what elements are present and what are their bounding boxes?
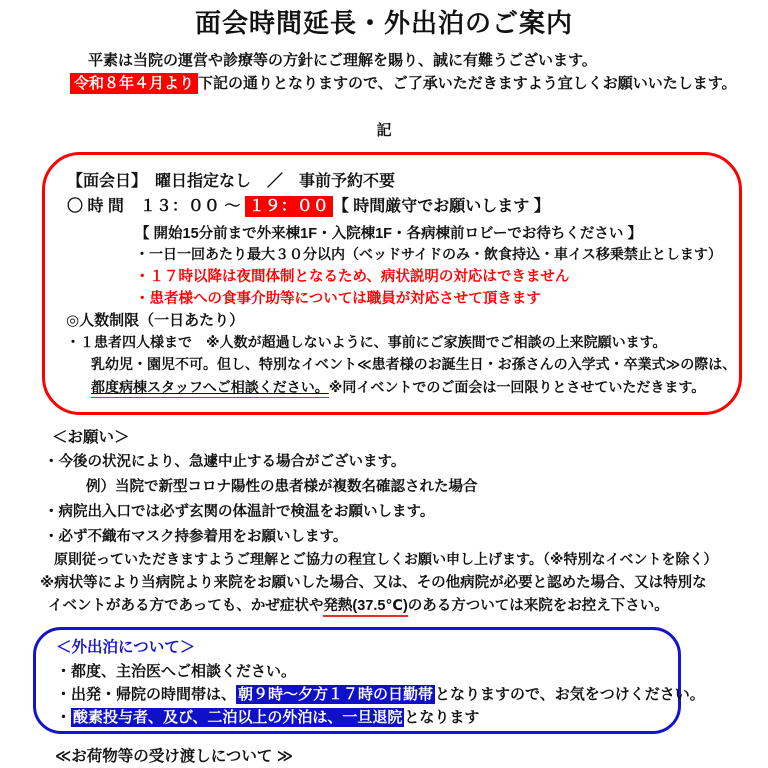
headcount-limit-line-3: 都度病棟スタッフへご相談ください。※同イベントでのご面会は一回限りとさせていただ… <box>91 379 705 397</box>
intro-line-2: 令和８年４月より下記の通りとなりますので、ご了承いただきますよう宜しくお願いいた… <box>70 75 737 94</box>
request-item-1: ・今後の状況により、急遽中止する場合がございます。 <box>44 453 405 471</box>
fever-note-pre: イベントがある方であっても、かぜ症状や <box>48 598 323 614</box>
visit-day-line: 【面会日】 曜日指定なし ／ 事前予約不要 <box>67 172 395 192</box>
meal-assist-line: ・患者様への食事介助等については職員が対応させて頂きます <box>135 290 541 308</box>
discharge-rule-highlight: 酸素投与者、及び、二泊以上の外泊は、一旦退院 <box>71 708 404 727</box>
headcount-limit-line-2: 乳幼児・園児不可。但し、特別なイベント≪患者様のお誕生日・お孫さんの入学式・卒業… <box>91 356 736 374</box>
outing-hours-highlight: 朝９時～夕方１７時の日勤帯 <box>236 685 435 704</box>
visit-time-pre: 〇 時 間 １３：００ ～ <box>67 198 245 215</box>
outing-item-3-bullet: ・ <box>56 709 71 726</box>
outing-rules-box: ＜外出泊について＞ ・都度、主治医へご相談ください。 ・出発・帰院の時間帯は、朝… <box>33 627 681 734</box>
fever-note-line-2: イベントがある方であっても、かぜ症状や発熱(37.5℃)のある方ついては来院をお… <box>48 597 669 615</box>
effective-date-highlight: 令和８年４月より <box>70 73 198 94</box>
outing-item-1: ・都度、主治医へご相談ください。 <box>56 663 296 682</box>
wait-location-line: 【 開始15分前まで外来棟1F・入院棟1F・各病棟前ロビーでお待ちください 】 <box>135 225 642 243</box>
outing-item-3-post: となります <box>404 709 479 726</box>
consult-staff-underlined: 都度病棟スタッフへご相談ください。 <box>91 379 329 398</box>
intro-line-1: 平素は当院の運営や診療等の方針にご理解を賜り、誠に有難うございます。 <box>88 52 597 71</box>
duration-limit-line: ・一日一回あたり最大３０分以内（ベッドサイドのみ・飲食持込・車イス移乗禁止としま… <box>135 246 722 264</box>
notice-document: 面会時間延長・外出泊のご案内 平素は当院の運営や診療等の方針にご理解を賜り、誠に… <box>0 0 768 768</box>
request-item-1-example: 例）当院で新型コロナ陽性の患者様が複数名確認された場合 <box>86 478 478 496</box>
request-item-4: 原則従っていただきますようご理解とご協力の程宜しくお願い申し上げます。（※特別な… <box>54 551 718 569</box>
visit-time-end-highlight: １９：００ <box>245 196 333 217</box>
visit-time-line: 〇 時 間 １３：００ ～ １９：００【 時間厳守でお願いします 】 <box>67 197 550 217</box>
headcount-limit-heading: ◎人数制限（一日あたり） <box>66 312 244 331</box>
outing-item-3: ・酸素投与者、及び、二泊以上の外泊は、一旦退院となります <box>56 709 479 728</box>
request-item-2: ・病院出入口では必ず玄関の体温計で検温をお願いします。 <box>44 503 434 521</box>
visiting-rules-box: 【面会日】 曜日指定なし ／ 事前予約不要 〇 時 間 １３：００ ～ １９：０… <box>42 152 742 415</box>
outing-item-2-post: となりますので、お気をつけください。 <box>435 686 705 703</box>
outing-item-2: ・出発・帰院の時間帯は、朝９時～夕方１７時の日勤帯となりますので、お気をつけくだ… <box>56 686 705 705</box>
fever-note-line-1: ※病状等により当病院より来院をお願いした場合、又は、その他病院が必要と認めた場合… <box>40 574 707 592</box>
headcount-limit-line-1: ・１患者四人様まで ※人数が超過しないように、事前にご家族間でご相談の上来院願い… <box>66 334 667 352</box>
fever-note-post: のある方ついては来院をお控え下さい。 <box>408 598 669 614</box>
fever-threshold-underlined: 発熱(37.5℃) <box>323 598 407 617</box>
visit-time-post: 【 時間厳守でお願いします 】 <box>333 198 550 215</box>
outing-heading: ＜外出泊について＞ <box>56 638 195 657</box>
outing-item-2-pre: ・出発・帰院の時間帯は、 <box>56 686 236 703</box>
request-item-3: ・必ず不織布マスク持参着用をお願いします。 <box>44 528 347 546</box>
headcount-limit-line-3-rest: ※同イベントでのご面会は一回限りとさせていただきます。 <box>329 379 706 395</box>
request-heading: ＜お願い＞ <box>52 428 130 447</box>
luggage-heading: ≪お荷物等の受け渡しについて ≫ <box>55 747 293 766</box>
night-system-line: ・１７時以降は夜間体制となるため、病状説明の対応はできません <box>135 268 569 286</box>
page-title: 面会時間延長・外出泊のご案内 <box>0 3 768 40</box>
intro-line-2-rest: 下記の通りとなりますので、ご了承いただきますよう宜しくお願いいたします。 <box>198 75 737 92</box>
ki-marker: 記 <box>0 122 768 141</box>
